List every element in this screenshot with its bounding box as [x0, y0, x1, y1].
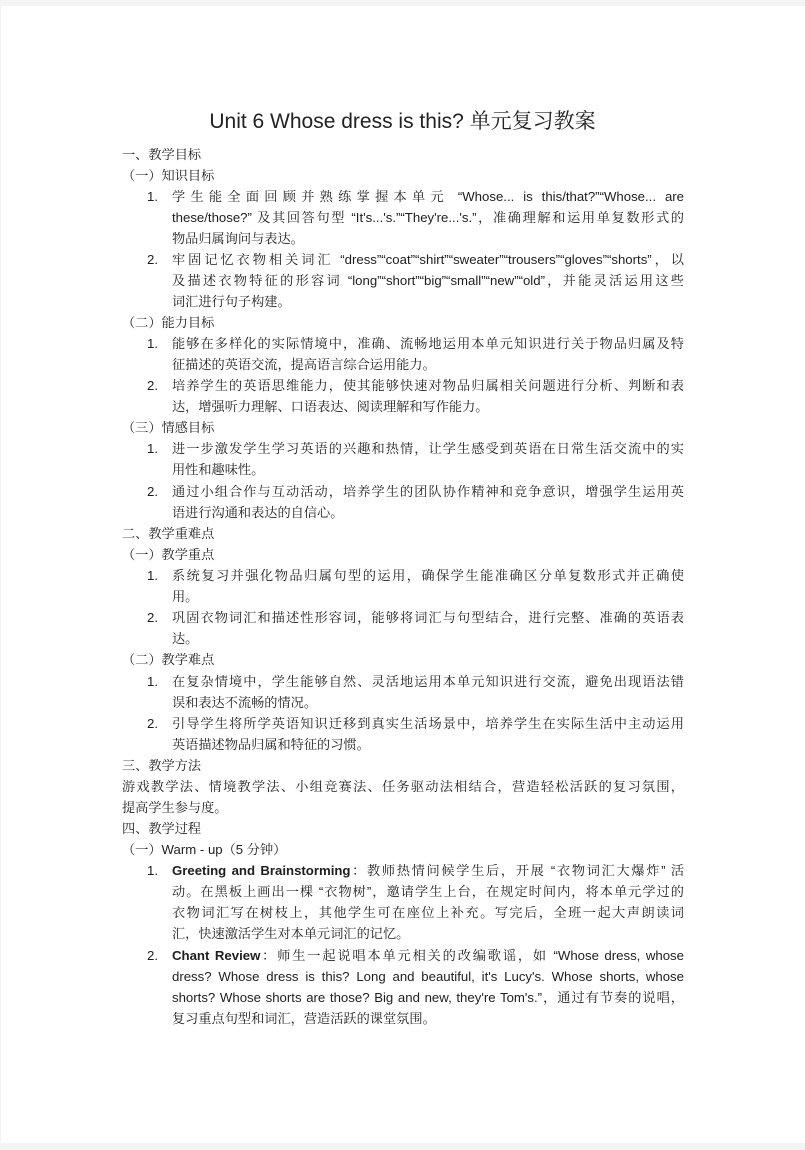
activity-name: Greeting and Brainstorming — [172, 863, 351, 878]
list-item-line: Greeting and Brainstorming：教师热情问候学生后，开展 … — [172, 860, 684, 881]
list-item-line: 能够在多样化的实际情境中，准确、流畅地运用本单元知识进行关于物品归属及特 — [172, 333, 684, 354]
list-item-line: 牢固记忆衣物相关词汇 “dress”“coat”“shirt”“sweater”… — [172, 249, 684, 270]
subsection-heading: （一）教学重点 — [122, 544, 214, 565]
list-number: 1. — [147, 860, 158, 881]
section-heading: 三、教学方法 — [122, 755, 201, 776]
list-item-text: ：师生一起说唱本单元相关的改编歌谣，如 “Whose dress, whose — [260, 948, 684, 963]
list-item-line: 衣物词汇写在树枝上，其他学生可在座位上补充。写完后，全班一起大声朗读词 — [172, 902, 684, 923]
section-heading: 四、教学过程 — [122, 818, 201, 839]
list-item-line: 系统复习并强化物品归属句型的运用，确保学生能准确区分单复数形式并正确使 — [172, 565, 684, 586]
list-number: 2. — [147, 375, 158, 396]
list-number: 2. — [147, 713, 158, 734]
list-item-line: 误和表达不流畅的情况。 — [172, 692, 684, 713]
list-number: 1. — [147, 438, 158, 459]
list-item-line: 动。在黑板上画出一棵 “衣物树”，邀请学生上台，在规定时间内，将本单元学过的 — [172, 881, 684, 902]
subsection-heading: （二）教学难点 — [122, 649, 214, 670]
list-item-line: Chant Review：师生一起说唱本单元相关的改编歌谣，如 “Whose d… — [172, 945, 684, 966]
list-item-text: ：教师热情问候学生后，开展 “衣物词汇大爆炸” 活 — [351, 863, 685, 878]
paragraph-line: 游戏教学法、情境教学法、小组竞赛法、任务驱动法相结合，营造轻松活跃的复习氛围， — [122, 776, 684, 797]
list-item-line: 词汇进行句子构建。 — [172, 291, 684, 312]
subsection-heading: （一）Warm - up（5 分钟） — [122, 839, 286, 860]
activity-name: Chant Review — [172, 948, 260, 963]
subsection-heading: （二）能力目标 — [122, 312, 214, 333]
list-item-line: these/those?” 及其回答句型 “It's...'s.”“They'r… — [172, 207, 684, 228]
section-heading: 二、教学重难点 — [122, 523, 214, 544]
subsection-heading: （三）情感目标 — [122, 417, 214, 438]
list-number: 2. — [147, 945, 158, 966]
list-item-line: 复习重点句型和词汇，营造活跃的课堂氛围。 — [172, 1008, 684, 1029]
list-number: 1. — [147, 565, 158, 586]
paragraph-line: 提高学生参与度。 — [122, 797, 684, 818]
list-item-line: 汇，快速激活学生对本单元词汇的记忆。 — [172, 923, 684, 944]
list-item-line: 征描述的英语交流，提高语言综合运用能力。 — [172, 354, 684, 375]
list-item-line: 物品归属询问与表达。 — [172, 228, 684, 249]
list-item-line: 进一步激发学生学习英语的兴趣和热情，让学生感受到英语在日常生活交流中的实 — [172, 438, 684, 459]
list-item-line: 及描述衣物特征的形容词 “long”“short”“big”“small”“ne… — [172, 270, 684, 291]
list-item-line: 用性和趣味性。 — [172, 459, 684, 480]
list-item-line: 巩固衣物词汇和描述性形容词，能够将词汇与句型结合，进行完整、准确的英语表 — [172, 607, 684, 628]
list-item-line: shorts? Whose shorts are those? Big and … — [172, 987, 684, 1008]
list-item-line: 通过小组合作与互动活动，培养学生的团队协作精神和竞争意识，增强学生运用英 — [172, 481, 684, 502]
list-item-line: 培养学生的英语思维能力，使其能够快速对物品归属相关问题进行分析、判断和表 — [172, 375, 684, 396]
list-number: 2. — [147, 607, 158, 628]
list-item-line: 学生能全面回顾并熟练掌握本单元 “Whose... is this/that?”… — [172, 186, 684, 207]
list-item-line: 达，增强听力理解、口语表达、阅读理解和写作能力。 — [172, 396, 684, 417]
list-number: 1. — [147, 333, 158, 354]
section-heading: 一、教学目标 — [122, 144, 201, 165]
list-number: 1. — [147, 671, 158, 692]
list-item-line: dress? Whose dress is this? Long and bea… — [172, 966, 684, 987]
list-item-line: 英语描述物品归属和特征的习惯。 — [172, 734, 684, 755]
subsection-heading: （一）知识目标 — [122, 165, 214, 186]
list-item-line: 引导学生将所学英语知识迁移到真实生活场景中，培养学生在实际生活中主动运用 — [172, 713, 684, 734]
list-item-line: 在复杂情境中，学生能够自然、灵活地运用本单元知识进行交流，避免出现语法错 — [172, 671, 684, 692]
list-number: 2. — [147, 249, 158, 270]
list-number: 2. — [147, 481, 158, 502]
list-item-line: 用。 — [172, 586, 684, 607]
list-item-line: 达。 — [172, 628, 684, 649]
list-item-line: 语进行沟通和表达的自信心。 — [172, 502, 684, 523]
list-number: 1. — [147, 186, 158, 207]
document-title: Unit 6 Whose dress is this? 单元复习教案 — [0, 108, 805, 136]
